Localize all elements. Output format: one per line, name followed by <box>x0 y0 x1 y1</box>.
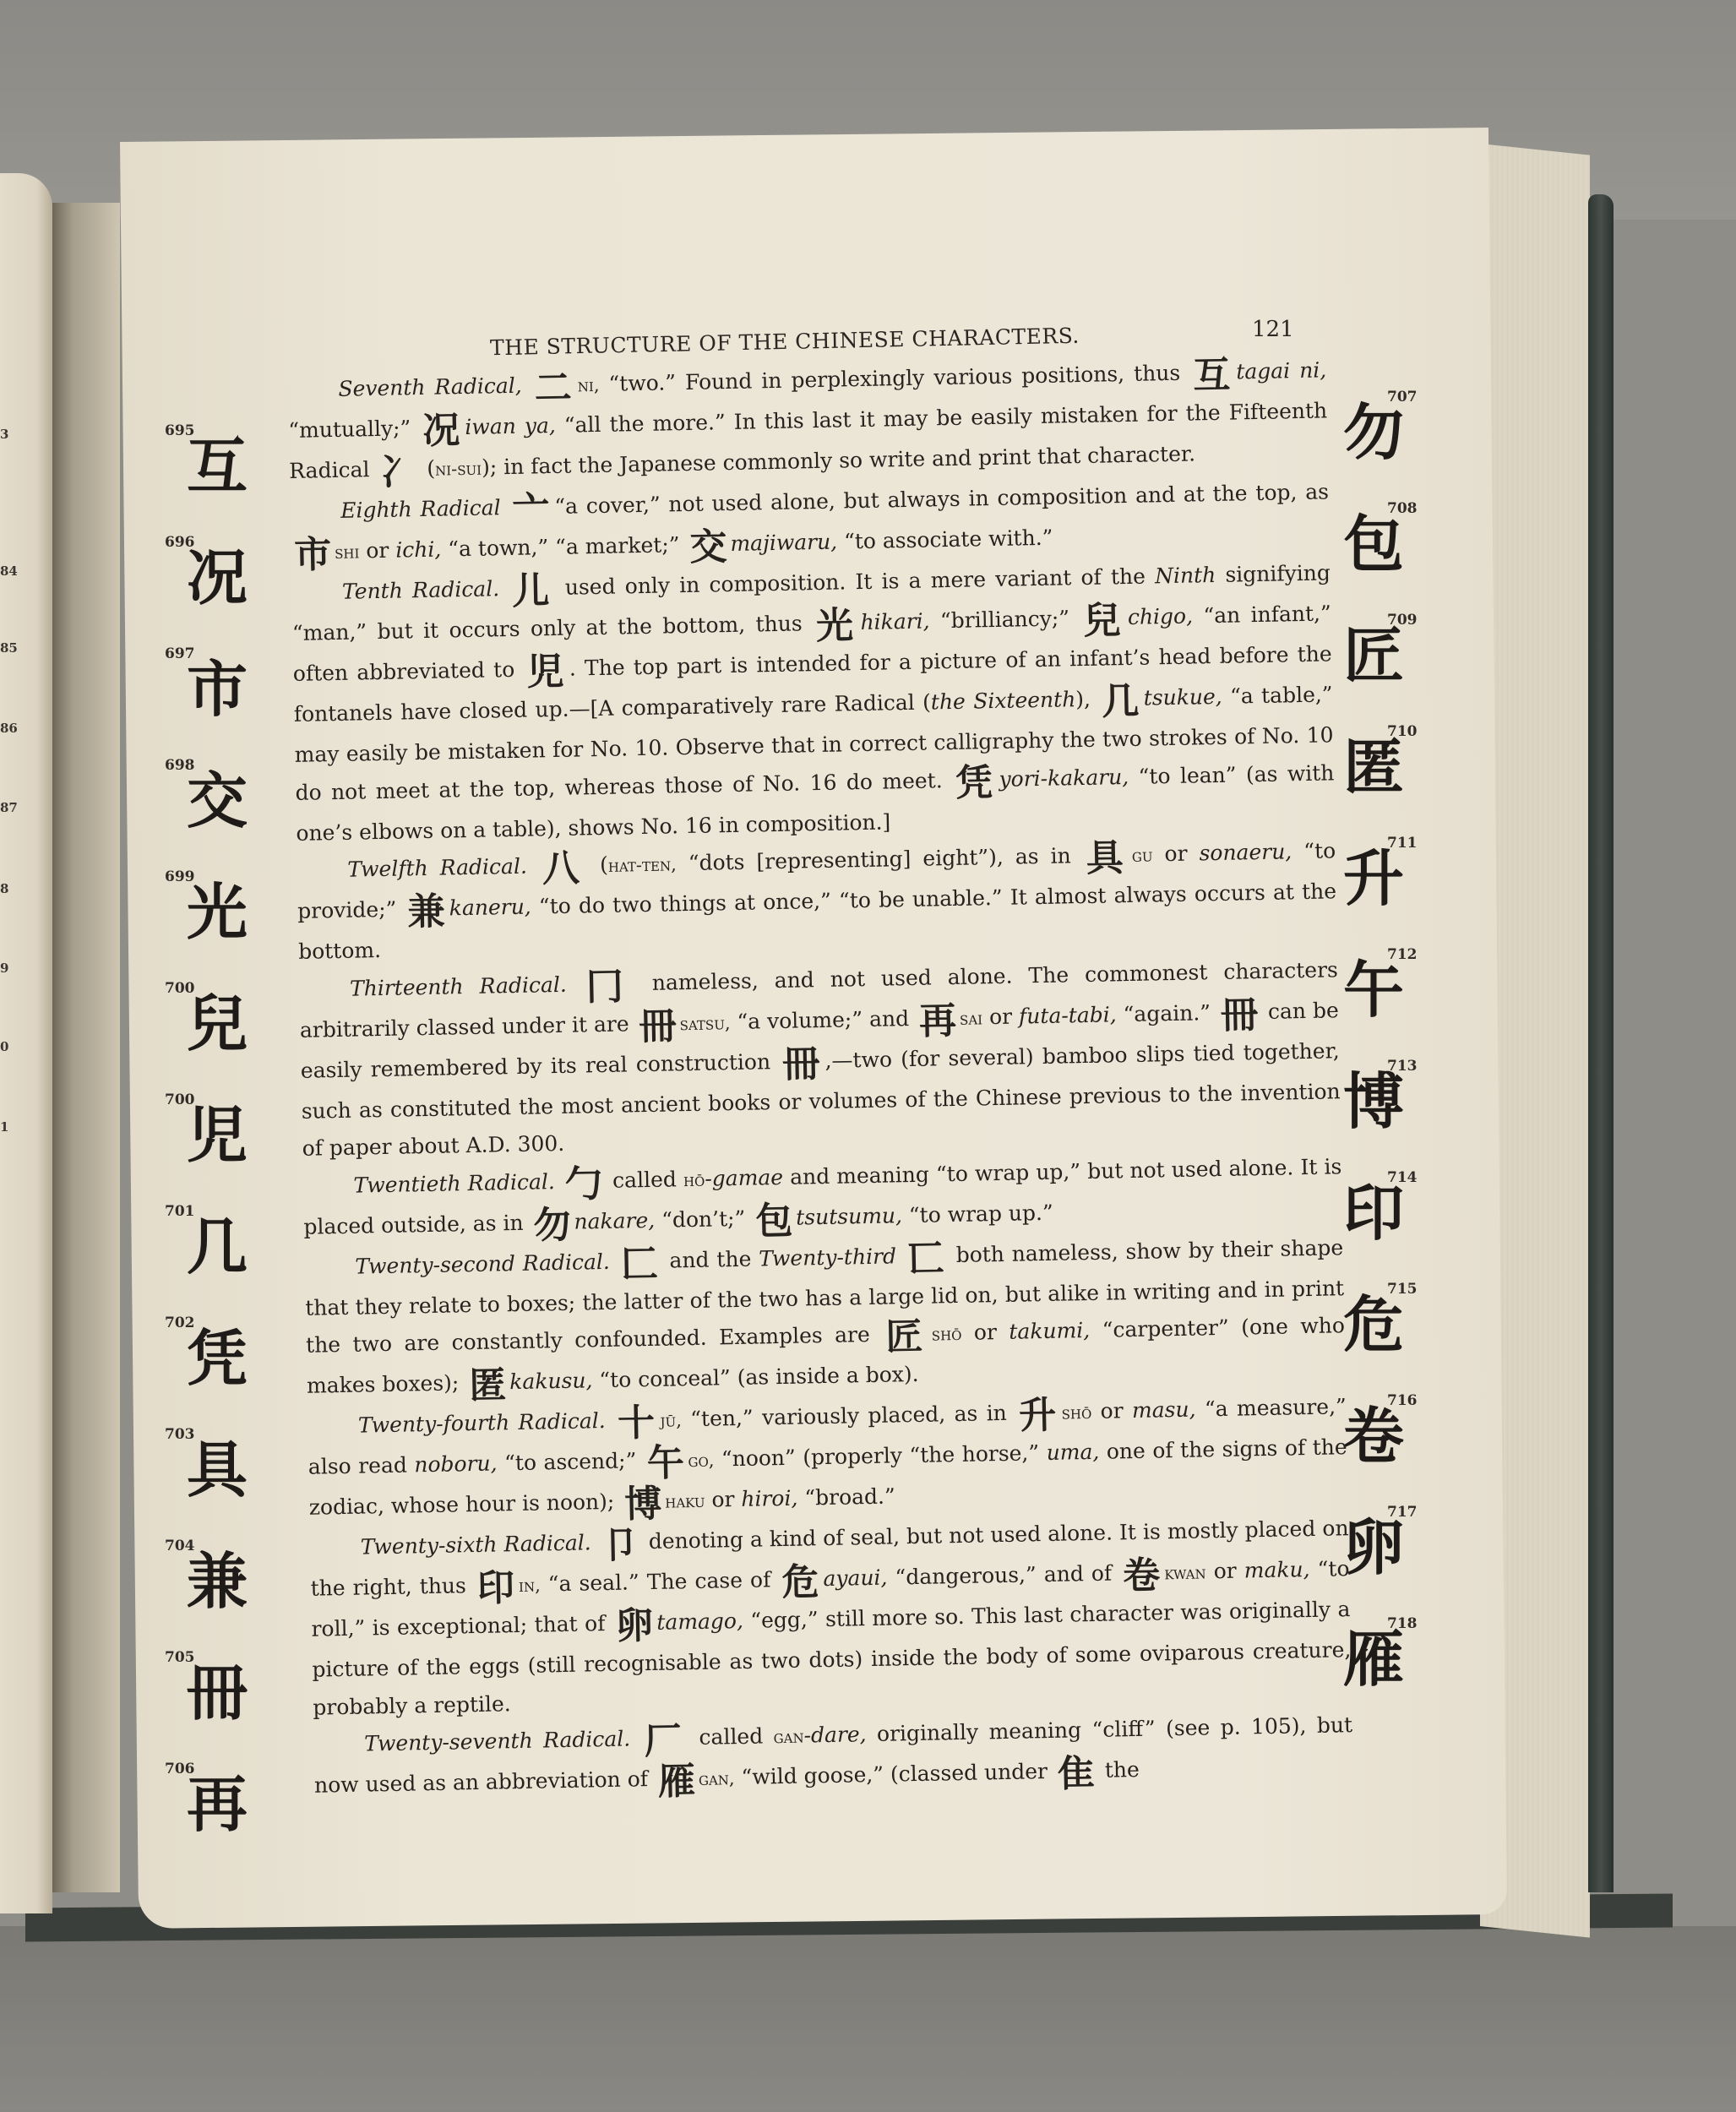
radical-heading: Thirteenth Radical. <box>350 972 567 1000</box>
page-body: Seventh Radical, 二ni, “two.” Found in pe… <box>287 351 1353 1807</box>
inline-chinese-character: 卩 <box>601 1523 639 1567</box>
italic-romanization: majiwaru, <box>730 530 837 556</box>
body-text: ); in fact the Japanese commonly so writ… <box>482 441 1195 479</box>
body-text: or <box>982 1004 1020 1029</box>
inline-chinese-character: 光 <box>816 604 857 648</box>
margin-entry: 713博 <box>1343 1058 1453 1169</box>
left-page-line-number: 87 <box>0 800 18 815</box>
radical-heading: Tenth Radical. <box>342 576 500 604</box>
margin-entry: 709匠 <box>1343 612 1453 723</box>
chinese-character: 博 <box>1343 1071 1404 1132</box>
body-text: or <box>1152 841 1200 866</box>
radical-heading: Twentieth Radical. <box>353 1169 555 1198</box>
chinese-character: 几 <box>187 1217 248 1277</box>
body-text: “a seal.” The case of <box>540 1567 778 1596</box>
body-text: “ten,” variously placed, as in <box>682 1401 1016 1432</box>
margin-entry: 716卷 <box>1343 1392 1453 1504</box>
body-text: the <box>1098 1757 1140 1783</box>
book-cover-edge <box>1588 194 1614 1892</box>
chinese-character: 兼 <box>187 1551 248 1612</box>
small-caps-reading: hō <box>683 1169 705 1189</box>
inline-chinese-character: 卷 <box>1123 1554 1162 1598</box>
body-text: “again.” <box>1116 1000 1217 1026</box>
small-caps-reading: shō <box>932 1324 962 1345</box>
inline-chinese-character: 印 <box>476 1566 515 1610</box>
inline-chinese-character: 况 <box>422 409 462 453</box>
body-text: or <box>961 1320 1009 1345</box>
radical-paragraph: Tenth Radical. 儿 used only in compositio… <box>291 554 1336 852</box>
body-text: “broad.” <box>797 1483 895 1510</box>
inline-chinese-character: 冊 <box>1221 993 1259 1037</box>
body-text: ( <box>588 852 608 877</box>
inline-chinese-character: 包 <box>755 1199 793 1243</box>
chinese-character: 卷 <box>1343 1406 1404 1467</box>
margin-entry: 712午 <box>1343 946 1453 1058</box>
body-text: “dots [representing] eight”), as in <box>676 843 1083 875</box>
inline-chinese-character: 儿 <box>512 569 552 613</box>
margin-entry: 718雁 <box>1343 1615 1453 1727</box>
radical-paragraph: Twenty-sixth Radical. 卩 denoting a kind … <box>309 1510 1352 1727</box>
body-text: or <box>1205 1559 1244 1584</box>
inline-chinese-character: 隹 <box>1058 1752 1096 1796</box>
body-text: and the <box>661 1246 759 1272</box>
italic-romanization: uma, <box>1046 1440 1099 1465</box>
body-text: called <box>688 1723 774 1750</box>
radical-heading: Eighth Radical <box>340 495 501 523</box>
left-page-line-number: 3 <box>0 427 8 442</box>
body-text: “noon” (properly “the horse,” <box>714 1440 1047 1472</box>
chinese-character: 午 <box>1343 960 1404 1021</box>
italic-romanization: tagai ni, <box>1236 357 1326 384</box>
chinese-character: 凭 <box>187 1328 248 1389</box>
chinese-character: 冊 <box>187 1663 248 1723</box>
left-page-edge: 3 84 85 86 87 8 9 0 1 <box>0 173 52 1913</box>
margin-entry: 711升 <box>1343 835 1453 946</box>
chinese-character: 匿 <box>1343 737 1404 797</box>
body-text: “to ascend;” <box>497 1448 644 1475</box>
margin-entry: 701几 <box>165 1203 275 1315</box>
italic-romanization: -dare, <box>803 1722 867 1747</box>
inline-chinese-character: 雁 <box>658 1760 696 1804</box>
body-text: “a volume;” and <box>730 1005 916 1033</box>
margin-entry: 714印 <box>1343 1169 1453 1281</box>
body-text: “dangerous,” and of <box>887 1560 1119 1589</box>
inline-chinese-character: 再 <box>919 999 957 1042</box>
small-caps-reading: sai <box>960 1008 983 1029</box>
body-text: . The top part is intended for a picture… <box>294 641 1332 727</box>
italic-romanization: hiroi, <box>741 1486 798 1511</box>
italic-romanization: tsukue, <box>1143 684 1222 710</box>
inline-chinese-character: 冊 <box>639 1004 677 1048</box>
body-text: “a town,” “a market;” <box>441 532 687 562</box>
italic-romanization: masu, <box>1132 1397 1196 1423</box>
body-text: “to do two things at once,” “to be unabl… <box>298 879 1336 964</box>
inline-chinese-character: 八 <box>541 846 585 890</box>
inline-chinese-character: 互 <box>1193 354 1233 398</box>
chinese-character: 匠 <box>1343 625 1404 686</box>
inline-chinese-character: 升 <box>1019 1394 1058 1438</box>
italic-romanization: Twenty-third <box>759 1244 896 1271</box>
small-caps-reading: gan <box>773 1727 803 1748</box>
radical-paragraph: Thirteenth Radical. 冂 nameless, and not … <box>299 951 1341 1168</box>
radical-heading: Twenty-sixth Radical. <box>360 1530 590 1559</box>
margin-entry: 708包 <box>1343 500 1453 612</box>
small-caps-reading: ni, <box>578 375 600 395</box>
inline-chinese-character: 冂 <box>585 965 633 1009</box>
chinese-character: 再 <box>187 1774 248 1835</box>
chinese-character: 危 <box>1343 1294 1404 1355</box>
small-caps-reading: gan, <box>699 1768 735 1789</box>
inline-chinese-character: 二 <box>534 366 574 410</box>
body-text: ( <box>420 456 435 481</box>
inline-chinese-character: 十 <box>618 1402 657 1445</box>
chinese-character: 市 <box>187 659 248 720</box>
margin-entry: 717卵 <box>1343 1504 1453 1615</box>
margin-entry: 706再 <box>165 1761 275 1872</box>
margin-entry: 715危 <box>1343 1281 1453 1392</box>
chinese-character: 雁 <box>1343 1629 1404 1690</box>
inline-chinese-character: 亠 <box>512 488 552 532</box>
italic-romanization: chigo, <box>1128 603 1194 629</box>
radical-paragraph: Twelfth Radical. 八 (hat-ten, “dots [repr… <box>297 832 1337 971</box>
italic-romanization: the Sixteenth <box>931 687 1076 714</box>
chinese-character: 印 <box>1343 1183 1404 1244</box>
left-page-line-number: 1 <box>0 1119 8 1135</box>
inline-chinese-character: 博 <box>624 1483 662 1527</box>
scan-background-bottom <box>0 1926 1736 2112</box>
body-text: “brilliancy;” <box>929 606 1080 633</box>
radical-paragraph: Seventh Radical, 二ni, “two.” Found in pe… <box>287 351 1329 493</box>
small-caps-reading: jū, <box>660 1410 682 1430</box>
margin-entry: 695互 <box>165 422 275 534</box>
chinese-character: 交 <box>187 770 248 831</box>
radical-heading: Twenty-fourth Radical. <box>358 1408 606 1438</box>
inline-chinese-character: 交 <box>689 525 727 569</box>
italic-romanization: futa-tabi, <box>1019 1002 1117 1028</box>
small-caps-reading: in, <box>519 1576 541 1596</box>
italic-romanization: hikari, <box>860 608 930 634</box>
inline-chinese-character: 兒 <box>1083 599 1124 643</box>
italic-romanization: -gamae <box>705 1164 783 1190</box>
inline-chinese-character: 勿 <box>533 1203 571 1247</box>
italic-romanization: takumi, <box>1009 1318 1090 1344</box>
inline-chinese-character: 厂 <box>644 1719 685 1763</box>
small-caps-reading: kwan <box>1164 1562 1206 1583</box>
margin-entry: 707勿 <box>1343 389 1453 500</box>
chinese-character: 卵 <box>1343 1517 1404 1578</box>
italic-romanization: kaneru, <box>449 895 531 921</box>
italic-romanization: yori-kakaru, <box>999 764 1129 791</box>
small-caps-reading: ni-sui <box>435 459 482 480</box>
body-text: or <box>1091 1398 1132 1423</box>
margin-entry: 699光 <box>165 868 275 980</box>
italic-romanization: tsutsumu, <box>796 1203 902 1229</box>
italic-romanization: ichi, <box>395 537 442 563</box>
body-text: “wild goose,” (classed under <box>734 1759 1054 1789</box>
small-caps-reading: shi <box>335 542 360 563</box>
left-page-line-number: 8 <box>0 881 8 896</box>
inline-chinese-character: 卵 <box>615 1604 653 1648</box>
body-text: or <box>705 1487 741 1512</box>
margin-entry: 700児 <box>165 1091 275 1203</box>
inline-chinese-character: 匠 <box>885 1315 929 1359</box>
inline-chinese-character: 凭 <box>955 760 996 804</box>
margin-entry: 702凭 <box>165 1315 275 1426</box>
inline-chinese-character: 午 <box>646 1441 685 1485</box>
body-text: or <box>359 538 395 563</box>
italic-romanization: maku, <box>1243 1557 1309 1582</box>
inline-chinese-character: 児 <box>526 650 566 694</box>
body-text: “a cover,” not used alone, but always in… <box>554 479 1329 519</box>
inline-chinese-character: 市 <box>294 533 332 577</box>
left-page-line-number: 86 <box>0 721 18 736</box>
book-gutter <box>52 203 120 1892</box>
inline-chinese-character: 具 <box>1086 836 1129 880</box>
left-page-line-number: 9 <box>0 961 8 976</box>
left-page-line-number: 85 <box>0 640 18 656</box>
chinese-character: 光 <box>187 882 248 943</box>
margin-entry: 703具 <box>165 1426 275 1538</box>
body-text: called <box>606 1167 683 1193</box>
small-caps-reading: satsu, <box>679 1013 730 1034</box>
italic-romanization: iwan ya, <box>465 413 556 439</box>
chinese-character: 互 <box>187 436 248 497</box>
italic-romanization: kakusu, <box>509 1368 593 1394</box>
body-text <box>896 1244 904 1268</box>
chinese-character: 况 <box>187 547 248 608</box>
chinese-character: 升 <box>1343 848 1404 909</box>
margin-entry: 696况 <box>165 534 275 645</box>
margin-entry: 705冊 <box>165 1649 275 1761</box>
margin-entry: 698交 <box>165 757 275 868</box>
inline-chinese-character: 匚 <box>620 1242 659 1286</box>
inline-chinese-character: 匿 <box>469 1364 507 1407</box>
inline-chinese-character: 匸 <box>906 1237 945 1281</box>
body-text: “to conceal” (as inside a box). <box>592 1362 919 1392</box>
left-page-line-number: 84 <box>0 563 18 579</box>
radical-heading: Seventh Radical, <box>338 373 522 401</box>
radical-heading: Twenty-second Radical. <box>355 1249 610 1278</box>
body-text: “don’t;” <box>655 1206 753 1232</box>
body-text: used only in composition. It is a mere v… <box>555 563 1155 600</box>
margin-entry: 710匿 <box>1343 723 1453 835</box>
inline-chinese-character: 兼 <box>407 890 446 934</box>
body-text: ), <box>1075 687 1099 712</box>
left-page-line-number: 0 <box>0 1039 8 1054</box>
body-text: “to wrap up.” <box>902 1200 1053 1227</box>
body-text: “to associate with.” <box>837 525 1053 554</box>
italic-romanization: ayaui, <box>823 1565 888 1591</box>
margin-entry: 700兒 <box>165 980 275 1091</box>
small-caps-reading: haku <box>665 1491 705 1512</box>
chinese-character: 勿 <box>1343 402 1404 463</box>
margin-entry: 697市 <box>165 645 275 757</box>
small-caps-reading: go, <box>688 1451 714 1472</box>
radical-heading: Twelfth Radical. <box>347 854 527 882</box>
inline-chinese-character: 几 <box>1102 680 1140 724</box>
margin-entry: 704兼 <box>165 1538 275 1649</box>
chinese-character: 兒 <box>187 993 248 1054</box>
radical-heading: Twenty-seventh Radical. <box>364 1727 631 1756</box>
inline-chinese-character: 冊 <box>782 1042 822 1086</box>
italic-romanization: sonaeru, <box>1199 839 1292 865</box>
italic-romanization: nakare, <box>574 1207 655 1233</box>
page-number: 121 <box>1252 317 1294 342</box>
inline-chinese-character: 勹 <box>564 1162 602 1206</box>
small-caps-reading: gu <box>1132 845 1153 865</box>
italic-romanization: tamago, <box>656 1608 743 1635</box>
body-text: “mutually;” <box>288 416 420 443</box>
body-text: “two.” Found in perplexingly various pos… <box>599 360 1189 395</box>
left-margin-character-index: 695互696况697市698交699光700兒700児701几702凭703具… <box>165 422 275 1872</box>
inline-chinese-character: 危 <box>781 1560 820 1604</box>
italic-romanization: noboru, <box>414 1451 498 1477</box>
radical-paragraph: Twenty-second Radical. 匚 and the Twenty-… <box>304 1229 1346 1408</box>
italic-romanization: Ninth <box>1155 563 1216 588</box>
right-margin-character-index: 707勿708包709匠710匿711升712午713博714印715危716卷… <box>1343 389 1453 1727</box>
radical-paragraph: Twenty-fourth Radical. 十jū, “ten,” vario… <box>307 1388 1349 1530</box>
chinese-character: 児 <box>187 1105 248 1166</box>
inline-chinese-character: 冫 <box>379 450 417 494</box>
small-caps-reading: shō <box>1061 1402 1091 1423</box>
chinese-character: 包 <box>1343 514 1404 574</box>
chinese-character: 具 <box>187 1440 248 1500</box>
small-caps-reading: hat-ten, <box>608 854 677 876</box>
